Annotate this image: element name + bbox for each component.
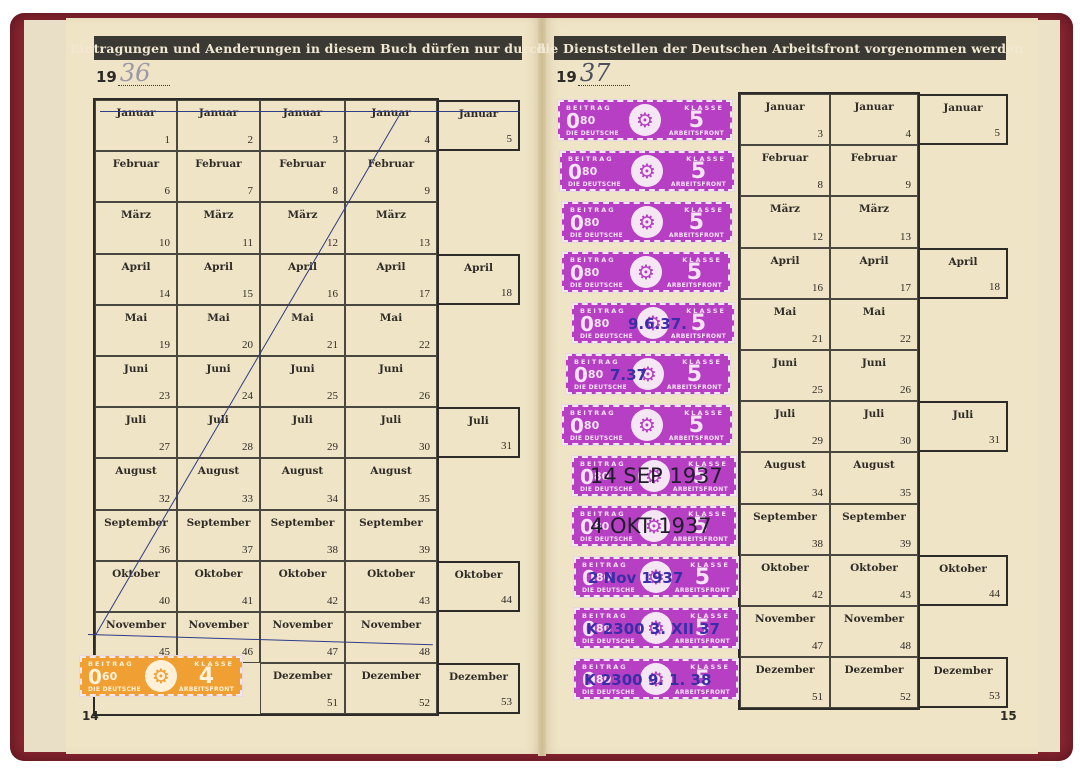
contribution-stamp: BEITRAG KLASSE 080 ⚙ 5 DIE DEUTSCHE ARBE…: [574, 608, 738, 648]
stamp-issuer-left: DIE DEUTSCHE: [570, 282, 623, 289]
stamp-issuer-right: ARBEITSFRONT: [667, 384, 722, 391]
week-number: 18: [501, 287, 512, 299]
stamp-bottom-text: DIE DEUTSCHE ARBEITSFRONT: [580, 536, 728, 543]
stamp-issuer-left: DIE DEUTSCHE: [580, 536, 633, 543]
month-label: Januar: [439, 108, 518, 120]
week-number: 53: [989, 690, 1000, 702]
stamp-value: 080: [570, 263, 599, 283]
contribution-stamp: BEITRAG KLASSE 080 ⚙ 5 DIE DEUTSCHE ARBE…: [562, 202, 732, 242]
stamp-issuer-left: DIE DEUTSCHE: [582, 689, 635, 696]
month-label: Juli: [439, 415, 518, 427]
contribution-stamp: BEITRAG KLASSE 080 ⚙ 5 DIE DEUTSCHE ARBE…: [558, 100, 732, 140]
month-label: Oktober: [920, 563, 1006, 575]
page-number-left: 14: [82, 709, 99, 723]
stamp-class: 5: [691, 161, 706, 183]
stamp-value: 080: [582, 670, 611, 690]
year-fill-line: 36: [118, 72, 170, 86]
stamp-value: 080: [566, 111, 595, 131]
stamp-value-cents: 80: [584, 266, 599, 279]
month-label: April: [920, 256, 1006, 268]
stamp-issuer-left: DIE DEUTSCHE: [566, 130, 619, 137]
stamp-value: 080: [582, 568, 611, 588]
week-number: 5: [995, 127, 1001, 139]
week-cell: Juli31: [918, 401, 1008, 452]
week-cell: Dezember53: [918, 657, 1008, 708]
stamp-issuer-right: ARBEITSFRONT: [675, 689, 730, 696]
contribution-stamp: BEITRAG KLASSE 080 ⚙ 5 DIE DEUTSCHE ARBE…: [574, 659, 738, 699]
stamp-value-cents: 80: [584, 216, 599, 229]
stamp-issuer-right: ARBEITSFRONT: [179, 686, 234, 693]
page-number-right: 15: [1000, 709, 1017, 723]
week-cell: Oktober44: [918, 555, 1008, 606]
stamp-class: 5: [689, 415, 704, 437]
stamp-value: 080: [570, 213, 599, 233]
stamp-issuer-right: ARBEITSFRONT: [673, 486, 728, 493]
stamp-issuer-left: DIE DEUTSCHE: [570, 232, 623, 239]
stamp-value-cents: 80: [594, 317, 609, 330]
year-prefix: 19: [556, 68, 577, 86]
stamp-value-cents: 80: [594, 520, 609, 533]
stamp-issuer-right: ARBEITSFRONT: [671, 181, 726, 188]
week-number: 44: [501, 594, 512, 606]
stamp-class: 5: [695, 567, 710, 589]
stamp-value: 080: [580, 314, 609, 334]
stamp-value: 080: [574, 365, 603, 385]
stamp-bottom-text: DIE DEUTSCHE ARBEITSFRONT: [566, 130, 724, 137]
week-cell: Januar5: [918, 94, 1008, 145]
stamp-value: 060: [88, 667, 117, 687]
stamp-issuer-right: ARBEITSFRONT: [669, 435, 724, 442]
month-label: Juli: [920, 409, 1006, 421]
stamp-class: 5: [687, 364, 702, 386]
contribution-stamp: BEITRAG KLASSE 080 ⚙ 5 DIE DEUTSCHE ARBE…: [560, 151, 734, 191]
contribution-stamp: BEITRAG KLASSE 060 ⚙ 4 DIE DEUTSCHE ARBE…: [80, 656, 242, 696]
stamp-class: 5: [695, 618, 710, 640]
stamp-value-cents: 80: [580, 114, 595, 127]
stamp-class: 4: [199, 666, 214, 688]
stamp-issuer-right: ARBEITSFRONT: [675, 587, 730, 594]
stamp-bottom-text: DIE DEUTSCHE ARBEITSFRONT: [582, 587, 730, 594]
right-header-text: die Dienststellen der Deutschen Arbeitsf…: [536, 41, 1023, 56]
month-label: Dezember: [920, 665, 1006, 677]
contribution-stamp: BEITRAG KLASSE 080 ⚙ 5 DIE DEUTSCHE ARBE…: [562, 252, 730, 292]
stamp-issuer-right: ARBEITSFRONT: [669, 130, 724, 137]
month-label: Oktober: [439, 569, 518, 581]
stamp-bottom-text: DIE DEUTSCHE ARBEITSFRONT: [574, 384, 722, 391]
left-grid-border: [93, 98, 439, 716]
stamp-value-cents: 80: [588, 368, 603, 381]
left-header-bar: Eintragungen und Aenderungen in diesem B…: [94, 36, 522, 60]
week-cell: Oktober44: [437, 561, 520, 612]
contribution-stamp: BEITRAG KLASSE 080 ⚙ 5 DIE DEUTSCHE ARBE…: [572, 506, 736, 546]
stamp-issuer-right: ARBEITSFRONT: [669, 232, 724, 239]
stamp-value-cents: 80: [596, 673, 611, 686]
handwritten-year: 37: [580, 59, 611, 87]
stamp-class: 5: [691, 313, 706, 335]
contribution-stamp: BEITRAG KLASSE 080 ⚙ 5 DIE DEUTSCHE ARBE…: [572, 456, 736, 496]
month-label: April: [439, 262, 518, 274]
stamp-issuer-left: DIE DEUTSCHE: [568, 181, 621, 188]
stamp-value: 080: [582, 619, 611, 639]
contribution-stamp: BEITRAG KLASSE 080 ⚙ 5 DIE DEUTSCHE ARBE…: [574, 557, 738, 597]
stamp-issuer-right: ARBEITSFRONT: [673, 536, 728, 543]
stamp-issuer-right: ARBEITSFRONT: [675, 638, 730, 645]
week-number: 31: [989, 434, 1000, 446]
stamp-bottom-text: DIE DEUTSCHE ARBEITSFRONT: [570, 282, 722, 289]
stamp-bottom-text: DIE DEUTSCHE ARBEITSFRONT: [570, 435, 724, 442]
stamp-value: 080: [568, 162, 597, 182]
contribution-stamp: BEITRAG KLASSE 080 ⚙ 5 DIE DEUTSCHE ARBE…: [566, 354, 730, 394]
stamp-issuer-left: DIE DEUTSCHE: [88, 686, 141, 693]
stamp-class: 5: [687, 262, 702, 284]
week-number: 31: [501, 440, 512, 452]
stamp-bottom-text: DIE DEUTSCHE ARBEITSFRONT: [88, 686, 234, 693]
right-header-bar: die Dienststellen der Deutschen Arbeitsf…: [554, 36, 1006, 60]
stamp-value-cents: 80: [596, 571, 611, 584]
stamp-class: 5: [689, 212, 704, 234]
stamp-class: 5: [689, 110, 704, 132]
stamp-bottom-text: DIE DEUTSCHE ARBEITSFRONT: [580, 333, 726, 340]
right-year-field: 19 37: [556, 68, 630, 86]
week-cell: April18: [437, 254, 520, 305]
stamp-value: 080: [580, 517, 609, 537]
week-cell: Juli31: [437, 407, 520, 458]
stamp-issuer-left: DIE DEUTSCHE: [570, 435, 623, 442]
stamp-value-cents: 60: [102, 670, 117, 683]
month-label: Januar: [920, 102, 1006, 114]
week-number: 44: [989, 588, 1000, 600]
handwritten-year: 36: [120, 59, 151, 87]
pen-strike-top: [100, 111, 520, 112]
stamp-value: 080: [570, 416, 599, 436]
right-grid-border: [738, 92, 920, 710]
stamp-bottom-text: DIE DEUTSCHE ARBEITSFRONT: [582, 638, 730, 645]
stamp-issuer-right: ARBEITSFRONT: [667, 282, 722, 289]
stamp-value-cents: 80: [584, 419, 599, 432]
stamp-bottom-text: DIE DEUTSCHE ARBEITSFRONT: [568, 181, 726, 188]
week-cell: Januar5: [437, 100, 520, 151]
stamp-class: 5: [693, 516, 708, 538]
stamp-class: 5: [693, 466, 708, 488]
week-cell: Dezember53: [437, 663, 520, 714]
contribution-stamp: BEITRAG KLASSE 080 ⚙ 5 DIE DEUTSCHE ARBE…: [572, 303, 734, 343]
stamp-class: 5: [695, 669, 710, 691]
year-prefix: 19: [96, 68, 117, 86]
stamp-value-cents: 80: [596, 622, 611, 635]
stamp-issuer-left: DIE DEUTSCHE: [582, 587, 635, 594]
right-page-edges: [1036, 20, 1060, 752]
week-cell: April18: [918, 248, 1008, 299]
week-number: 53: [501, 696, 512, 708]
week-number: 5: [507, 133, 513, 145]
stamp-value-cents: 80: [594, 470, 609, 483]
month-label: Dezember: [439, 671, 518, 683]
stamp-issuer-right: ARBEITSFRONT: [671, 333, 726, 340]
stamp-bottom-text: DIE DEUTSCHE ARBEITSFRONT: [580, 486, 728, 493]
stamp-bottom-text: DIE DEUTSCHE ARBEITSFRONT: [570, 232, 724, 239]
year-fill-line: 37: [578, 72, 630, 86]
stamp-issuer-left: DIE DEUTSCHE: [580, 486, 633, 493]
book-gutter: [538, 18, 546, 756]
stamp-bottom-text: DIE DEUTSCHE ARBEITSFRONT: [582, 689, 730, 696]
stamp-value-cents: 80: [582, 165, 597, 178]
stamp-issuer-left: DIE DEUTSCHE: [580, 333, 633, 340]
contribution-stamp: BEITRAG KLASSE 080 ⚙ 5 DIE DEUTSCHE ARBE…: [562, 405, 732, 445]
stamp-issuer-left: DIE DEUTSCHE: [574, 384, 627, 391]
left-year-field: 19 36: [96, 68, 170, 86]
stamp-issuer-left: DIE DEUTSCHE: [582, 638, 635, 645]
week-number: 18: [989, 281, 1000, 293]
stamp-value: 080: [580, 467, 609, 487]
left-header-text: Eintragungen und Aenderungen in diesem B…: [70, 41, 547, 56]
